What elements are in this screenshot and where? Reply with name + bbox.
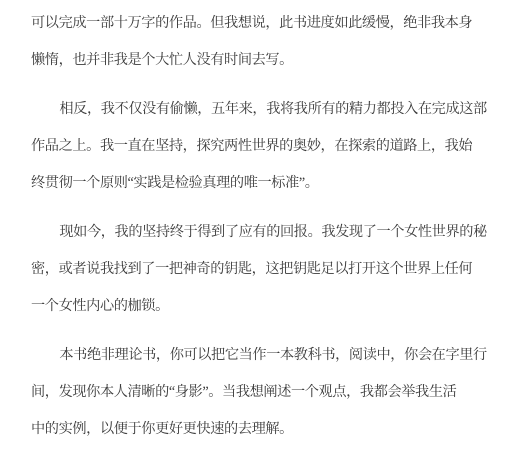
text-line: 间，发现你本人清晰的“身影”。当我想阐述一个观点，我都会举我生活 (31, 374, 477, 411)
text-line: 现如今，我的坚持终于得到了应有的回报。我发现了一个女性世界的秘 (31, 214, 477, 251)
paragraph: 可以完成一部十万字的作品。但我想说，此书进度如此缓慢，绝非我本身懒惰，也并非我是… (31, 5, 477, 79)
text-line: 相反，我不仅没有偷懒，五年来，我将我所有的精力都投入在完成这部 (31, 91, 477, 128)
text-line: 密，或者说我找到了一把神奇的钥匙，这把钥匙足以打开这个世界上任何 (31, 251, 477, 288)
document-body: 可以完成一部十万字的作品。但我想说，此书进度如此缓慢，绝非我本身懒惰，也并非我是… (31, 5, 477, 448)
text-line: 作品之上。我一直在坚持，探究两性世界的奥妙，在探索的道路上，我始 (31, 128, 477, 165)
text-line: 终贯彻一个原则“实践是检验真理的唯一标准”。 (31, 165, 477, 202)
text-line: 中的实例，以便于你更好更快速的去理解。 (31, 411, 477, 448)
text-line: 本书绝非理论书，你可以把它当作一本教科书，阅读中，你会在字里行 (31, 337, 477, 374)
paragraph: 相反，我不仅没有偷懒，五年来，我将我所有的精力都投入在完成这部作品之上。我一直在… (31, 91, 477, 202)
text-line: 一个女性内心的枷锁。 (31, 288, 477, 325)
document-page: 可以完成一部十万字的作品。但我想说，此书进度如此缓慢，绝非我本身懒惰，也并非我是… (0, 0, 505, 450)
paragraph: 现如今，我的坚持终于得到了应有的回报。我发现了一个女性世界的秘密，或者说我找到了… (31, 214, 477, 325)
text-line: 懒惰，也并非我是个大忙人没有时间去写。 (31, 42, 477, 79)
paragraph: 本书绝非理论书，你可以把它当作一本教科书，阅读中，你会在字里行间，发现你本人清晰… (31, 337, 477, 448)
text-line: 可以完成一部十万字的作品。但我想说，此书进度如此缓慢，绝非我本身 (31, 5, 477, 42)
